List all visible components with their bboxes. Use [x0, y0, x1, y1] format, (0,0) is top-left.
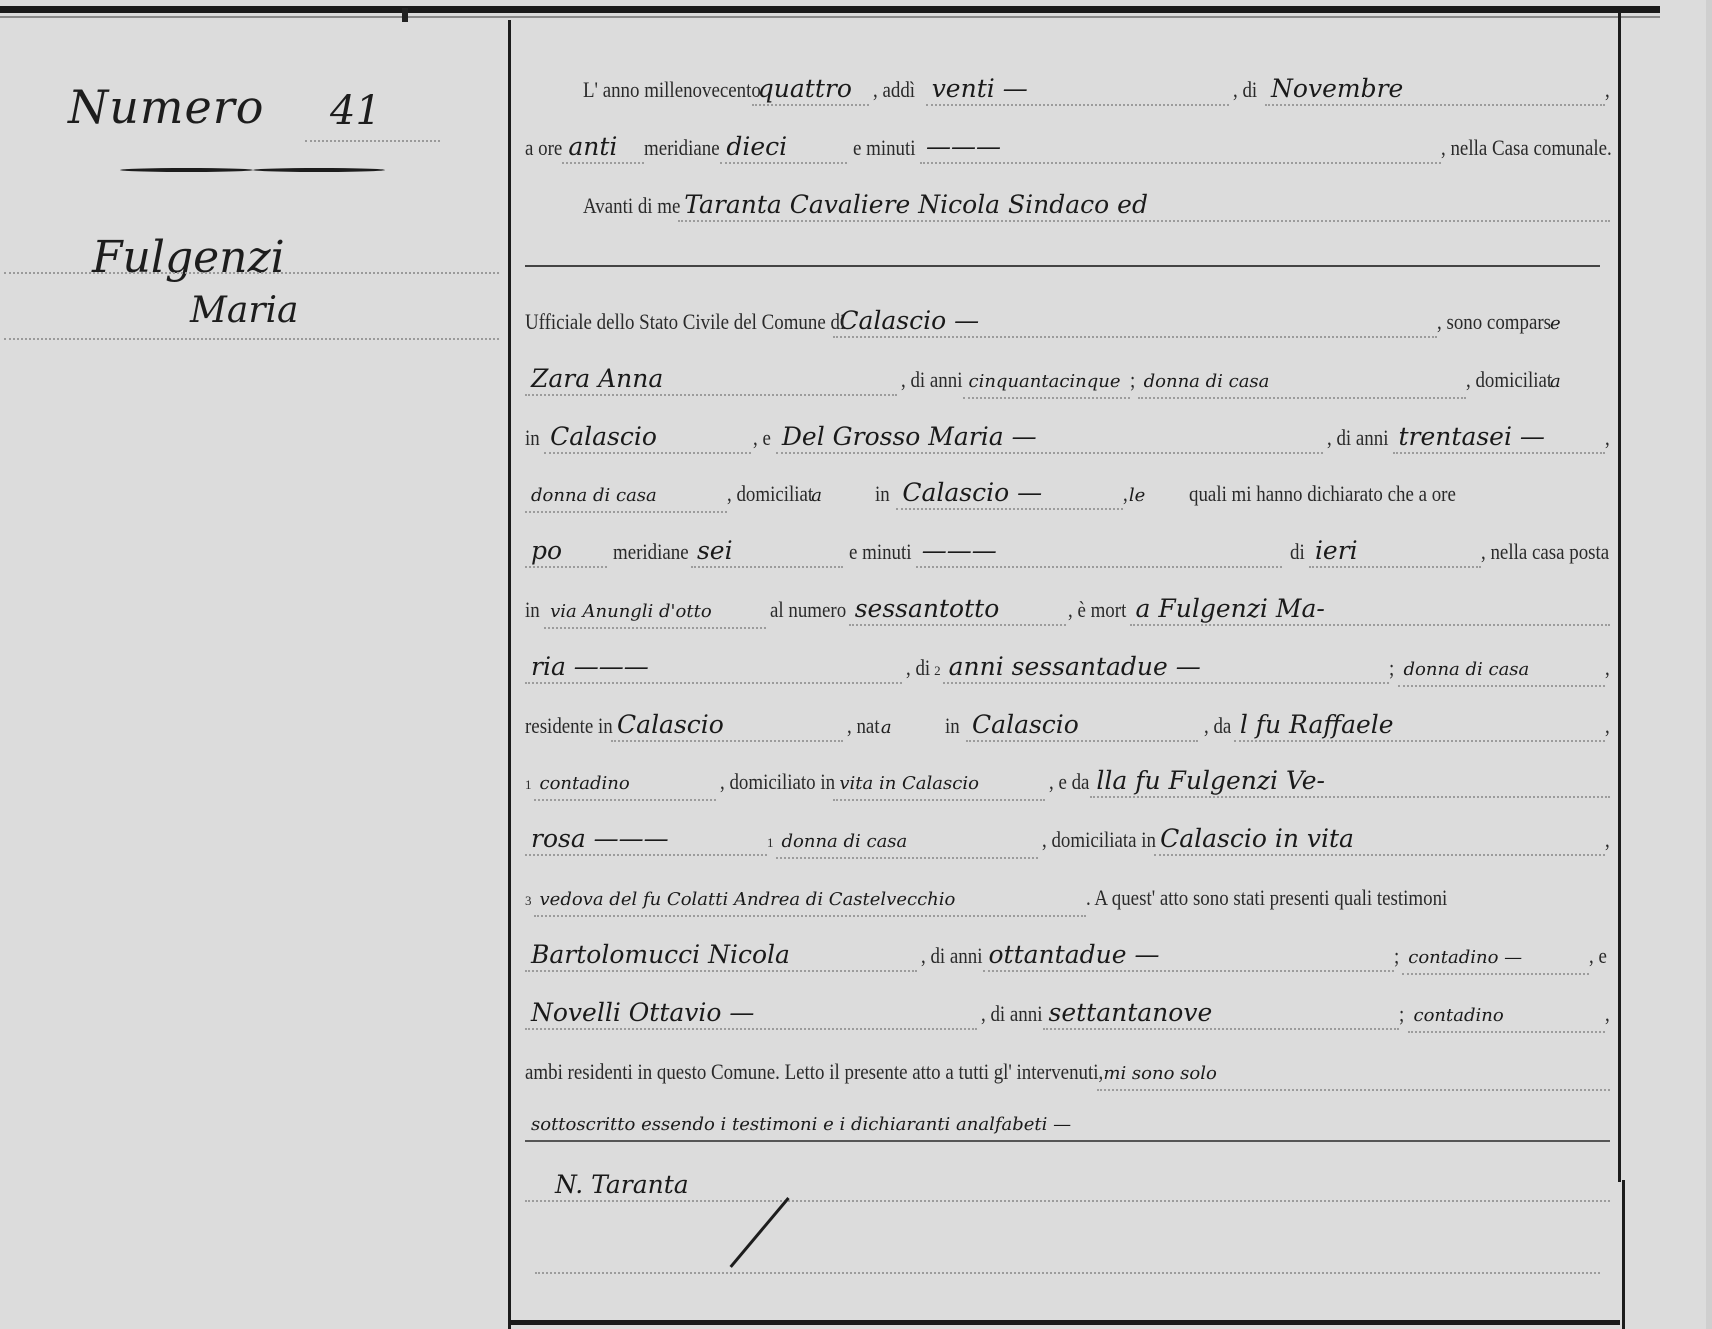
record-line: sottoscritto essendo i testimoni e i dic…: [525, 1110, 1610, 1150]
record-line: in Calascio , e Del Grosso Maria — , di …: [525, 418, 1610, 458]
printed-text: in: [525, 590, 540, 630]
numero-dotted-line: [305, 140, 440, 142]
printed-text: , di anni: [921, 936, 982, 976]
margin-column: Numero 41 Fulgenzi Maria: [0, 0, 505, 1329]
printed-text: , di anni: [981, 994, 1042, 1034]
printed-text: , di: [1233, 70, 1257, 110]
record-line: po meridiane sei e minuti ——— di ieri , …: [525, 532, 1610, 572]
handwritten-occupation: donna di casa: [776, 827, 1038, 859]
printed-text: , e da: [1049, 762, 1089, 802]
handwritten-witness-1: Bartolomucci Nicola: [525, 940, 917, 972]
handwritten-year: quattro: [752, 74, 869, 106]
printed-text: , di anni: [901, 360, 962, 400]
printed-text: meridiane: [644, 128, 720, 168]
dotted-line: [535, 1272, 1600, 1274]
handwritten-day: ieri: [1309, 536, 1481, 568]
record-line: rosa ——— 1 donna di casa , domiciliata i…: [525, 820, 1610, 860]
printed-text: quali mi hanno dichiarato che a ore: [1189, 474, 1456, 514]
record-number: 41: [330, 88, 381, 134]
handwritten-father: l fu Raffaele: [1234, 710, 1605, 742]
printed-text: , da: [1204, 706, 1231, 746]
column-divider-right-lower: [1622, 1180, 1625, 1329]
signature-line: N. Taranta: [525, 1170, 1610, 1210]
handwritten-declarant-2: Del Grosso Maria —: [776, 422, 1323, 454]
handwritten-hour: sei: [691, 536, 843, 568]
printed-text: , nella Casa comunale.: [1441, 128, 1612, 168]
handwritten-minutes: ———: [916, 536, 1282, 568]
printed-text: , è mort: [1068, 590, 1126, 630]
printed-text: al numero: [770, 590, 846, 630]
printed-text: di: [1290, 532, 1305, 572]
handwritten-officer: Taranta Cavaliere Nicola Sindaco ed: [678, 190, 1610, 222]
record-line: ria ——— , di 2 anni sessantadue — ; donn…: [525, 648, 1610, 688]
handwritten-strike-line: [525, 265, 1600, 267]
handwritten-comune: Calascio —: [833, 306, 1437, 338]
printed-text: a ore: [525, 128, 562, 168]
column-divider-left: [508, 20, 511, 1329]
handwritten-mother-cont: rosa ———: [525, 824, 767, 856]
printed-text: ,: [1605, 418, 1610, 458]
handwritten-prefix: le: [1129, 481, 1189, 511]
record-line: Zara Anna , di anni cinquantacinque ; do…: [525, 360, 1610, 400]
handwritten-place: Calascio: [544, 422, 751, 454]
margin-dotted-line: [4, 338, 499, 340]
handwritten-closing-cont: sottoscritto essendo i testimoni e i dic…: [525, 1110, 1610, 1142]
handwritten-occupation: donna di casa: [1138, 367, 1466, 399]
record-line: in via Anungli d'otto al numero sessanto…: [525, 590, 1610, 630]
handwritten-residence: Calascio: [611, 710, 843, 742]
printed-text: ,: [1605, 648, 1610, 688]
printed-text: , di anni: [1327, 418, 1388, 458]
handwritten-ampm: anti: [562, 132, 644, 164]
printed-text: , nella casa posta: [1481, 532, 1609, 572]
printed-text: e minuti: [853, 128, 916, 168]
handwritten-occupation: contadino: [1408, 1001, 1605, 1033]
handwritten-declarant-1: Zara Anna: [525, 364, 897, 396]
numero-label: Numero: [68, 80, 264, 134]
printed-text: , di: [906, 648, 930, 688]
printed-text: L' anno millenovecento: [583, 70, 761, 110]
printed-text: , addì: [873, 70, 915, 110]
handwritten-hour: dieci: [720, 132, 847, 164]
handwritten-deceased-name: a Fulgenzi Ma-: [1130, 594, 1610, 626]
record-line: L' anno millenovecento quattro , addì ve…: [525, 70, 1610, 110]
record-line: Novelli Ottavio — , di anni settantanove…: [525, 994, 1610, 1034]
printed-text: , e: [753, 418, 771, 458]
handwritten-occupation: donna di casa: [1398, 655, 1605, 687]
printed-text: ,: [1605, 70, 1610, 110]
handwritten-marital-status: vedova del fu Colatti Andrea di Castelve…: [534, 885, 1086, 917]
handwritten-age: ottantadue —: [983, 940, 1395, 972]
printed-text: ,: [1123, 474, 1128, 514]
printed-text: , domiciliata in: [1042, 820, 1156, 860]
handwritten-day: venti —: [926, 74, 1229, 106]
handwritten-age: anni sessantadue —: [943, 652, 1390, 684]
handwritten-minutes: ———: [920, 132, 1441, 164]
deceased-surname: Fulgenzi: [92, 232, 285, 283]
printed-text: , domiciliat: [1466, 360, 1552, 400]
handwritten-place: Calascio —: [896, 478, 1123, 510]
handwritten-ampm: po: [525, 536, 607, 568]
printed-text: ambi residenti in questo Comune. Letto i…: [525, 1052, 1103, 1092]
handwritten-age: cinquantacinque: [963, 367, 1130, 399]
printed-text: in: [945, 706, 960, 746]
handwritten-suffix: a: [1550, 367, 1610, 397]
printed-text: , sono compars: [1437, 302, 1551, 342]
handwritten-house-number: sessantotto: [849, 594, 1066, 626]
record-line: a ore anti meridiane dieci e minuti ——— …: [525, 128, 1610, 168]
printed-text: ,: [1605, 706, 1610, 746]
handwritten-deceased-name-cont: ria ———: [525, 652, 902, 684]
bottom-border-bar: [510, 1320, 1620, 1325]
handwritten-birthplace: Calascio: [966, 710, 1198, 742]
page-edge: [1706, 0, 1712, 1329]
printed-text: ,: [1605, 820, 1610, 860]
record-line: residente in Calascio , nat a in Calasci…: [525, 706, 1610, 746]
record-line: Ufficiale dello Stato Civile del Comune …: [525, 302, 1610, 342]
margin-dotted-line: [4, 272, 499, 274]
printed-text: in: [525, 418, 540, 458]
handwritten-street: via Anungli d'otto: [544, 597, 766, 629]
printed-text: , domiciliat: [727, 474, 813, 514]
record-line: ambi residenti in questo Comune. Letto i…: [525, 1052, 1610, 1092]
record-line: 1 contadino , domiciliato in vita in Cal…: [525, 762, 1610, 802]
printed-text: e minuti: [849, 532, 912, 572]
deceased-given-name: Maria: [190, 290, 299, 331]
handwritten-occupation: contadino —: [1402, 943, 1589, 975]
handwritten-father-domicile: vita in Calascio: [833, 769, 1045, 801]
record-line: donna di casa , domiciliat a in Calascio…: [525, 474, 1610, 514]
printed-text: , domiciliato in: [720, 762, 835, 802]
handwritten-month: Novembre: [1265, 74, 1605, 106]
printed-text: , e: [1589, 936, 1607, 976]
handwritten-suffix: a: [881, 713, 941, 743]
record-line: Bartolomucci Nicola , di anni ottantadue…: [525, 936, 1610, 976]
printed-text: in: [875, 474, 890, 514]
handwritten-mother: lla fu Fulgenzi Ve-: [1090, 766, 1610, 798]
handwritten-age: trentasei —: [1393, 422, 1605, 454]
handwritten-suffix: a: [811, 481, 871, 511]
column-divider-right: [1618, 12, 1621, 1182]
handwritten-mother-domicile: Calascio in vita: [1154, 824, 1604, 856]
handwritten-age: settantanove: [1043, 998, 1400, 1030]
handwritten-witness-2: Novelli Ottavio —: [525, 998, 977, 1030]
handwritten-suffix: e: [1550, 309, 1610, 339]
handwritten-closing: mi sono solo: [1097, 1059, 1610, 1091]
officer-signature: N. Taranta: [525, 1170, 1610, 1202]
handwritten-occupation: donna di casa: [525, 481, 727, 513]
printed-text: ,: [1605, 994, 1610, 1034]
printed-text: meridiane: [613, 532, 689, 572]
handwritten-occupation: contadino: [534, 769, 716, 801]
record-line: 3 vedova del fu Colatti Andrea di Castel…: [525, 878, 1610, 918]
printed-text: , nat: [847, 706, 880, 746]
record-line: Avanti di me Taranta Cavaliere Nicola Si…: [525, 186, 1610, 226]
printed-text: Ufficiale dello Stato Civile del Comune …: [525, 302, 845, 342]
printed-text: . A quest' atto sono stati presenti qual…: [1086, 878, 1447, 918]
printed-text: Avanti di me: [583, 186, 680, 226]
printed-text: residente in: [525, 706, 613, 746]
decorative-flourish: [120, 168, 385, 176]
